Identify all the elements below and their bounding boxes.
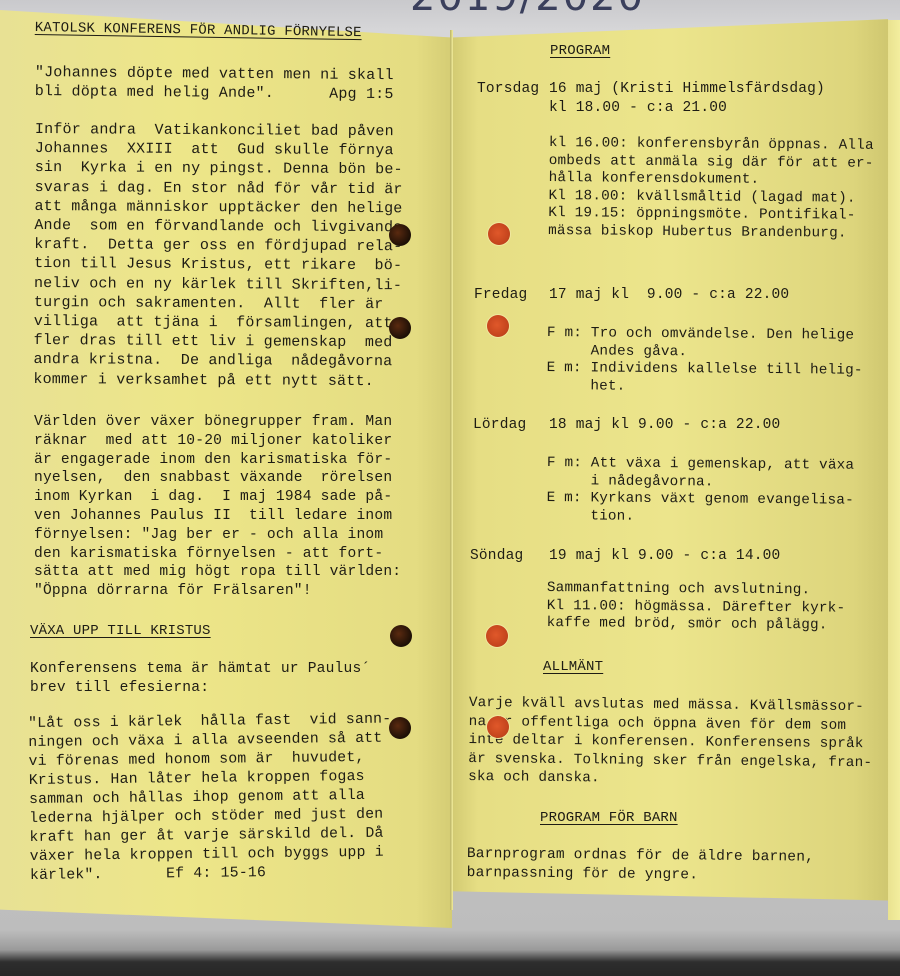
text-line: Inför andra Vatikankonciliet bad påven — [35, 120, 403, 141]
text-line: Johannes XXIII att Gud skulle förnya — [35, 139, 403, 160]
text-line: tion till Jesus Kristus, ett rikare bö- — [34, 254, 402, 275]
punch-hole — [389, 717, 411, 739]
text-line: svaras i dag. En stor nåd för vår tid är — [35, 178, 403, 199]
page-edge — [888, 20, 900, 920]
detail-line: F m: Tro och omvändelse. Den helige — [547, 325, 863, 345]
day-label: Fredag — [474, 286, 527, 305]
punch-hole — [487, 716, 509, 738]
day-label: Torsdag — [477, 80, 539, 99]
text-line: inom Kyrkan i dag. I maj 1984 sade på- — [34, 488, 401, 507]
text-line: neliv och en ny kärlek till Skriften,li- — [34, 274, 402, 295]
text-line: är engagerade inom den karismatiska för- — [34, 451, 401, 470]
text-line: att många människor upptäcker den helige — [34, 197, 402, 218]
text-line: villiga att tjäna i församlingen, att — [34, 312, 402, 333]
date-line: 17 maj kl 9.00 - c:a 22.00 — [549, 286, 789, 305]
day-details: F m: Att växa i gemenskap, att växa i nå… — [546, 455, 854, 528]
background-stamp: 2019/2020 — [410, 0, 645, 20]
day-date: 18 maj kl 9.00 - c:a 22.00 — [549, 416, 780, 435]
text-line: nyelsen, den snabbast växande rörelsen — [34, 469, 401, 488]
text-line: kommer i verksamhet på ett nytt sätt. — [33, 370, 401, 391]
day-label: Söndag — [470, 547, 523, 566]
punch-hole — [486, 625, 508, 647]
detail-line: kl 16.00: konferensbyrån öppnas. Alla — [549, 135, 874, 155]
date-line: 19 maj kl 9.00 - c:a 14.00 — [549, 547, 780, 566]
text-line: Ande som en förvandlande och livgivande — [34, 216, 402, 237]
day-date: 19 maj kl 9.00 - c:a 14.00 — [549, 547, 780, 566]
text-line: barnpassning för de yngre. — [467, 863, 814, 885]
text-line: brev till efesierna: — [30, 679, 370, 698]
text-line: fler dras till ett liv i gemenskap med — [34, 331, 402, 352]
day-date: 16 maj (Kristi Himmelsfärdsdag)kl 18.00 … — [549, 80, 825, 118]
text-line: andra kristna. De andliga nådegåvorna — [33, 350, 401, 371]
ephesians-quote: "Låt oss i kärlek hålla fast vid sann-ni… — [28, 711, 393, 886]
day-details: Sammanfattning och avslutning.Kl 11.00: … — [547, 580, 846, 635]
text-line: Världen över växer bönegrupper fram. Man — [34, 413, 401, 432]
center-fold — [450, 30, 453, 910]
children-program-text: Barnprogram ordnas för de äldre barnen,b… — [467, 845, 815, 886]
day-label: Lördag — [473, 416, 526, 435]
theme-paragraph: Konferensens tema är hämtat ur Paulus´br… — [30, 660, 370, 698]
punch-hole — [389, 224, 411, 246]
text-line: sin Kyrka i en ny pingst. Denna bön be- — [35, 158, 403, 179]
program-heading: PROGRAM — [550, 42, 610, 61]
text-line: sätta att med mig högt ropa till världen… — [34, 563, 401, 582]
general-info-text: Varje kväll avslutas med mässa. Kvällsmä… — [468, 694, 873, 791]
intro-paragraph: Inför andra Vatikankonciliet bad påvenJo… — [33, 120, 403, 391]
text-line: Konferensens tema är hämtat ur Paulus´ — [30, 660, 370, 679]
text-line: kraft. Detta ger oss en fördjupad rela- — [34, 235, 402, 256]
day-details: kl 16.00: konferensbyrån öppnas. Allaomb… — [548, 135, 874, 243]
text-line: bli döpta med helig Ande". Apg 1:5 — [35, 82, 394, 104]
day-date: 17 maj kl 9.00 - c:a 22.00 — [549, 286, 789, 305]
epigraph: "Johannes döpte med vatten men ni skallb… — [35, 63, 394, 104]
text-line: turgin och sakramenten. Allt fler är — [34, 293, 402, 314]
subheading-vaxa: VÄXA UPP TILL KRISTUS — [30, 622, 211, 641]
punch-hole — [488, 223, 510, 245]
detail-line: F m: Att växa i gemenskap, att växa — [547, 455, 854, 475]
text-line: förnyelsen: "Jag ber er - och alla inom — [34, 526, 401, 545]
detail-line: mässa biskop Hubertus Brandenburg. — [548, 223, 873, 243]
punch-hole — [389, 317, 411, 339]
text-line: den karismatiska förnyelsen - att fort- — [34, 545, 401, 564]
punch-hole — [390, 625, 412, 647]
day-details: F m: Tro och omvändelse. Den helige Ande… — [546, 325, 863, 398]
general-heading: ALLMÄNT — [543, 658, 603, 677]
detail-line: het. — [546, 378, 862, 398]
date-line: 18 maj kl 9.00 - c:a 22.00 — [549, 416, 780, 435]
detail-line: Sammanfattning och avslutning. — [547, 580, 846, 600]
text-line: "Öppna dörrarna för Frälsaren"! — [34, 582, 401, 601]
text-line: ven Johannes Paulus II till ledare inom — [34, 507, 401, 526]
growth-paragraph: Världen över växer bönegrupper fram. Man… — [34, 413, 401, 601]
children-heading: PROGRAM FÖR BARN — [540, 809, 678, 828]
detail-line: tion. — [546, 508, 853, 528]
time-line: kl 18.00 - c:a 21.00 — [549, 99, 825, 118]
date-line: 16 maj (Kristi Himmelsfärdsdag) — [549, 80, 825, 99]
detail-line: kaffe med bröd, smör och pålägg. — [547, 615, 846, 635]
text-line: räknar med att 10-20 miljoner katoliker — [34, 432, 401, 451]
punch-hole — [487, 315, 509, 337]
